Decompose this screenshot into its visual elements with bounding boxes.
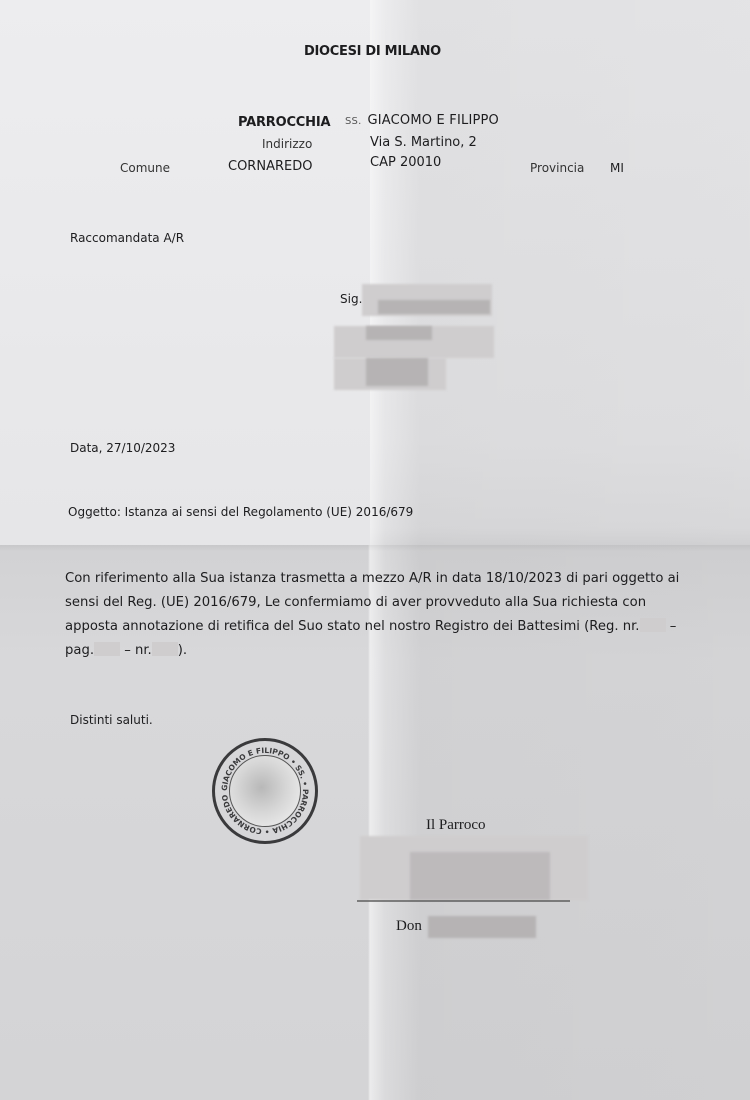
closing-greeting: Distinti saluti. [70, 713, 153, 727]
signatory-prefix: Don [396, 918, 422, 935]
signatory-title: Il Parroco [426, 817, 486, 834]
redacted-recipient-name-shade [378, 300, 490, 314]
redacted-signature-shade [410, 852, 550, 900]
comune-value: CORNAREDO [228, 159, 312, 174]
diocese-title: DIOCESI DI MILANO [304, 44, 441, 59]
paper-fold-line [0, 545, 750, 551]
paper-fold-panel [0, 0, 370, 545]
parish-name: SS.GIACOMO E FILIPPO [345, 113, 499, 128]
provincia-label: Provincia [530, 161, 584, 175]
body-text-part3: – nr. [120, 643, 152, 658]
provincia-value: MI [610, 161, 624, 175]
parish-prefix: SS. [345, 116, 361, 127]
comune-label: Comune [120, 161, 170, 175]
letter-body: Con riferimento alla Sua istanza trasmet… [65, 567, 685, 663]
redacted-register-number [640, 618, 666, 632]
letter-subject: Oggetto: Istanza ai sensi del Regolament… [68, 505, 413, 519]
cap-value: CAP 20010 [370, 155, 441, 170]
address-label: Indirizzo [262, 137, 312, 151]
parish-stamp-icon: GIACOMO E FILIPPO • SS. • PARROCCHIA • C… [212, 738, 318, 844]
recipient-salutation: Sig. [340, 292, 362, 306]
letter-page: DIOCESI DI MILANO PARROCCHIA SS.GIACOMO … [0, 0, 750, 1100]
redacted-recipient-city-shade [366, 358, 428, 386]
delivery-method: Raccomandata A/R [70, 231, 184, 245]
stamp-emblem [229, 755, 301, 827]
body-text-part4: ). [178, 643, 187, 658]
redacted-page-number [94, 642, 120, 656]
signature-line [357, 900, 570, 902]
letter-date: Data, 27/10/2023 [70, 441, 175, 455]
address-value: Via S. Martino, 2 [370, 135, 477, 150]
parish-label: PARROCCHIA [238, 115, 330, 130]
redacted-recipient-address-shade [366, 326, 432, 340]
redacted-entry-number [152, 642, 178, 656]
redacted-signatory-name [428, 916, 536, 938]
parish-name-text: GIACOMO E FILIPPO [367, 113, 499, 128]
body-text-part1: Con riferimento alla Sua istanza trasmet… [65, 571, 679, 634]
